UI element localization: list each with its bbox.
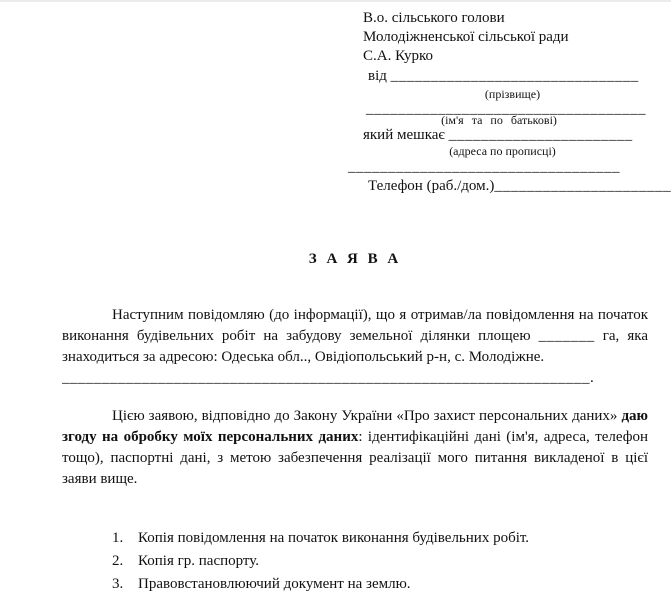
phone-row: Телефон (раб./дом.)_____________________… xyxy=(368,178,671,195)
list-item: 1.Копія повідомлення на початок виконанн… xyxy=(112,528,632,549)
phone-blank-line: ________________________ xyxy=(494,178,671,194)
list-item-text: Копія гр. паспорту. xyxy=(138,553,259,569)
extra-blank-line: __________________________________ xyxy=(348,159,620,176)
from-row: від _______________________________ xyxy=(368,68,639,85)
paragraph-notification-text: Наступним повідомляю (до інформації), що… xyxy=(62,305,648,368)
addressee-line-2: Молодіжненської сільської ради xyxy=(363,28,569,47)
list-item-number: 2. xyxy=(112,551,138,572)
address-caption: (адреса по прописці) xyxy=(400,144,605,159)
list-item-number: 3. xyxy=(112,574,138,595)
fullname-caption: (ім'я та по батькові) xyxy=(368,113,630,128)
area-blank: _______ xyxy=(539,328,595,344)
p2-text-start: Цією заявою, відповідно до Закону Україн… xyxy=(112,408,621,424)
paragraph-consent: Цією заявою, відповідно до Закону Україн… xyxy=(62,406,648,490)
document-title: З А Я В А xyxy=(62,251,648,268)
list-item: 3.Правовстановлюючий документ на землю. xyxy=(112,574,632,595)
from-blank-line: _______________________________ xyxy=(391,68,639,84)
surname-caption: (прізвище) xyxy=(395,87,630,102)
phone-label: Телефон (раб./дом.) xyxy=(368,178,494,194)
addressee-line-1: В.о. сільського голови xyxy=(363,9,505,28)
paragraph-notification: Наступним повідомляю (до інформації), що… xyxy=(62,305,648,389)
from-label: від xyxy=(368,68,391,84)
list-item: 2.Копія гр. паспорту. xyxy=(112,551,632,572)
residence-label: який мешкає xyxy=(363,127,449,143)
address-fill-line: ________________________________________… xyxy=(62,368,648,389)
list-item-text: Копія повідомлення на початок виконання … xyxy=(138,530,529,546)
list-item-number: 1. xyxy=(112,528,138,549)
attachments-list: 1.Копія повідомлення на початок виконанн… xyxy=(112,528,632,597)
list-item-text: Правовстановлюючий документ на землю. xyxy=(138,576,411,592)
residence-blank-line: _______________________ xyxy=(449,127,633,143)
document-page: { "header": { "addressee": [ "В.о. сільс… xyxy=(0,0,671,615)
addressee-line-3: С.А. Курко xyxy=(363,47,433,66)
residence-row: який мешкає _______________________ xyxy=(363,127,633,144)
